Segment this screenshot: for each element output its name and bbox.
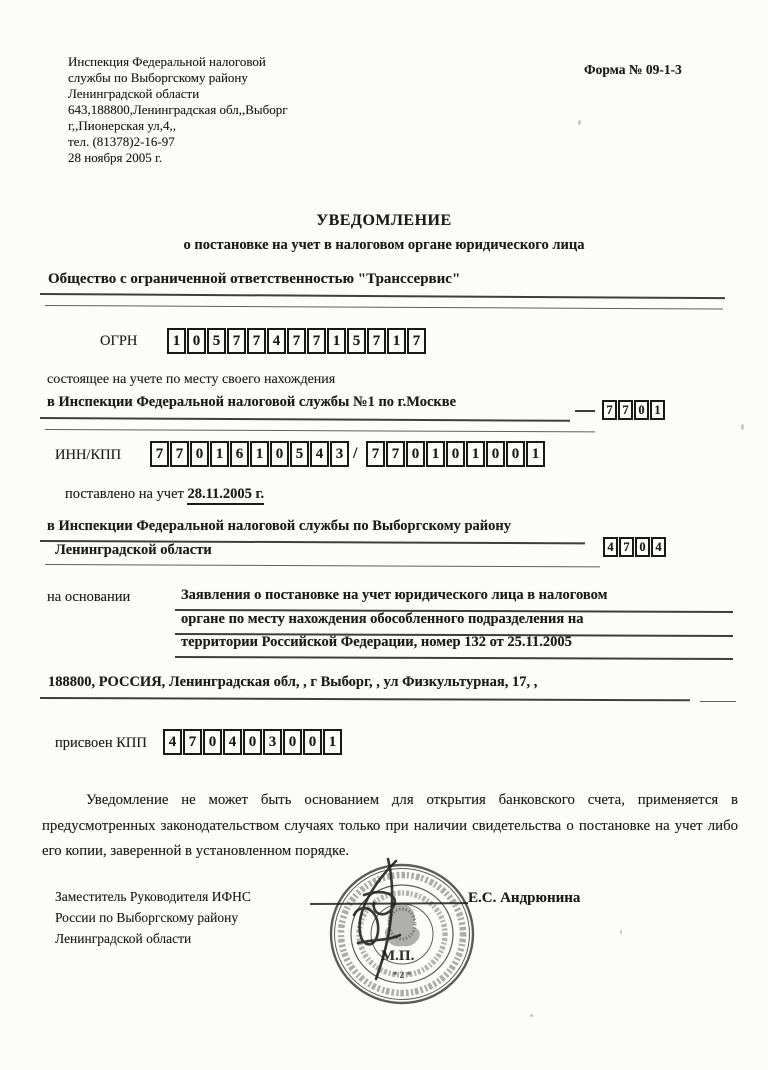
digit-cell: 0 (270, 441, 289, 467)
basis-line: Заявления о постановке на учет юридическ… (181, 587, 607, 604)
signatory-position-block: Заместитель Руководителя ИФНС России по … (55, 886, 295, 949)
issuer-line: 28 ноября 2005 г. (68, 150, 398, 166)
address-underline (40, 697, 690, 701)
digit-cell: 7 (366, 441, 385, 467)
digit-cell: 1 (210, 441, 229, 467)
current-inspection-underline (40, 417, 570, 422)
signatory-position-line: Ленинградской области (55, 928, 295, 949)
digit-cell: 0 (283, 729, 302, 755)
digit-cell: 5 (347, 328, 366, 354)
note-paragraph: Уведомление не может быть основанием для… (42, 788, 738, 865)
digit-cell: 3 (263, 729, 282, 755)
digit-cell: 7 (602, 400, 617, 420)
signatory-position-line: России по Выборгскому району (55, 907, 295, 928)
digit-cell: 7 (170, 441, 189, 467)
digit-cell: 1 (323, 729, 342, 755)
digit-cell: 7 (618, 400, 633, 420)
issuer-line: службы по Выборгскому району (68, 70, 398, 86)
empty-field-rule (45, 305, 723, 310)
digit-cell: 0 (506, 441, 525, 467)
digit-cell: 4 (651, 537, 666, 557)
digit-cell: 0 (634, 400, 649, 420)
new-authority-underline-2 (45, 564, 600, 568)
issuer-line: тел. (81378)2-16-97 (68, 134, 398, 150)
issuer-block: Инспекция Федеральной налоговой службы п… (68, 54, 398, 166)
digit-cell: 7 (619, 537, 634, 557)
organization-name: Общество с ограниченной ответственностью… (48, 271, 460, 288)
digit-cell: 4 (310, 441, 329, 467)
basis-label: на основании (47, 589, 130, 606)
digit-cell: 0 (187, 328, 206, 354)
issuer-line: Ленинградской области (68, 86, 398, 102)
digit-cell: 7 (150, 441, 169, 467)
ogrn-label: ОГРН (100, 333, 137, 350)
issuer-line: 643,188800,Ленинградская обл,,Выборг (68, 102, 398, 118)
seal-place-label: М.П. (381, 948, 414, 965)
scan-artifact (530, 1014, 533, 1017)
digit-cell: 7 (247, 328, 266, 354)
scanned-document-page: Инспекция Федеральной налоговой службы п… (0, 0, 768, 1070)
digit-cell: 3 (330, 441, 349, 467)
registration-status-line: состоящее на учете по месту своего нахож… (47, 372, 335, 388)
empty-field-rule (45, 429, 595, 433)
inn-digit-boxes: 7701610543 (150, 441, 349, 467)
digit-cell: 4 (163, 729, 182, 755)
digit-cell: 1 (466, 441, 485, 467)
registered-label: поставлено на учет (65, 486, 184, 502)
issuer-line: г,,Пионерская ул,4,, (68, 118, 398, 134)
assigned-kpp-digit-boxes: 470403001 (163, 729, 342, 755)
digit-cell: 5 (290, 441, 309, 467)
basis-underline (175, 656, 733, 660)
registered-row: поставлено на учет 28.11.2005 г. (65, 486, 264, 503)
new-authority-line-1: в Инспекции Федеральной налоговой службы… (47, 518, 511, 535)
digit-cell: 0 (446, 441, 465, 467)
inn-kpp-separator: / (353, 445, 357, 463)
kpp-digit-boxes: 770101001 (366, 441, 545, 467)
doc-subtitle: о постановке на учет в налоговом органе … (0, 237, 768, 254)
digit-cell: 0 (406, 441, 425, 467)
digit-cell: 1 (426, 441, 445, 467)
issuer-line: Инспекция Федеральной налоговой (68, 54, 398, 70)
inn-kpp-label: ИНН/КПП (55, 447, 121, 464)
digit-cell: 0 (203, 729, 222, 755)
digit-cell: 7 (386, 441, 405, 467)
digit-cell: 1 (167, 328, 186, 354)
form-number: Форма № 09-1-3 (584, 62, 682, 78)
digit-cell: 7 (307, 328, 326, 354)
scan-artifact (741, 424, 744, 430)
current-inspection-line: в Инспекции Федеральной налоговой службы… (47, 394, 456, 411)
digit-cell: 1 (526, 441, 545, 467)
assigned-kpp-label: присвоен КПП (55, 735, 147, 752)
signatory-position-line: Заместитель Руководителя ИФНС (55, 886, 295, 907)
new-tax-office-code-boxes: 4704 (603, 537, 666, 557)
digit-cell: 7 (287, 328, 306, 354)
digit-cell: 1 (250, 441, 269, 467)
digit-cell: 7 (367, 328, 386, 354)
digit-cell: 7 (407, 328, 426, 354)
digit-cell: 1 (650, 400, 665, 420)
digit-cell: 0 (243, 729, 262, 755)
handwritten-signature (330, 855, 450, 1005)
basis-line: территории Российской Федерации, номер 1… (181, 634, 572, 651)
signatory-name: Е.С. Андрюнина (468, 890, 580, 907)
basis-line: органе по месту нахождения обособленного… (181, 611, 583, 628)
digit-cell: 1 (387, 328, 406, 354)
address-line: 188800, РОССИЯ, Ленинградская обл, , г В… (48, 674, 537, 691)
registered-date: 28.11.2005 г. (187, 486, 264, 505)
digit-cell: 4 (267, 328, 286, 354)
current-tax-office-code-boxes: 7701 (602, 400, 665, 420)
new-authority-line-2: Ленинградской области (55, 542, 212, 559)
digit-cell: 7 (227, 328, 246, 354)
digit-cell: 6 (230, 441, 249, 467)
digit-cell: 1 (327, 328, 346, 354)
organization-underline (40, 293, 725, 299)
dash-to-code (575, 410, 595, 412)
digit-cell: 0 (635, 537, 650, 557)
digit-cell: 7 (183, 729, 202, 755)
digit-cell: 0 (303, 729, 322, 755)
digit-cell: 4 (223, 729, 242, 755)
digit-cell: 0 (486, 441, 505, 467)
digit-cell: 0 (190, 441, 209, 467)
scan-artifact (620, 930, 622, 934)
address-underline-tail (700, 701, 736, 702)
ogrn-digit-boxes: 1057747715717 (167, 328, 426, 354)
scan-artifact (578, 120, 581, 125)
digit-cell: 5 (207, 328, 226, 354)
digit-cell: 4 (603, 537, 618, 557)
doc-title: УВЕДОМЛЕНИЕ (0, 212, 768, 230)
